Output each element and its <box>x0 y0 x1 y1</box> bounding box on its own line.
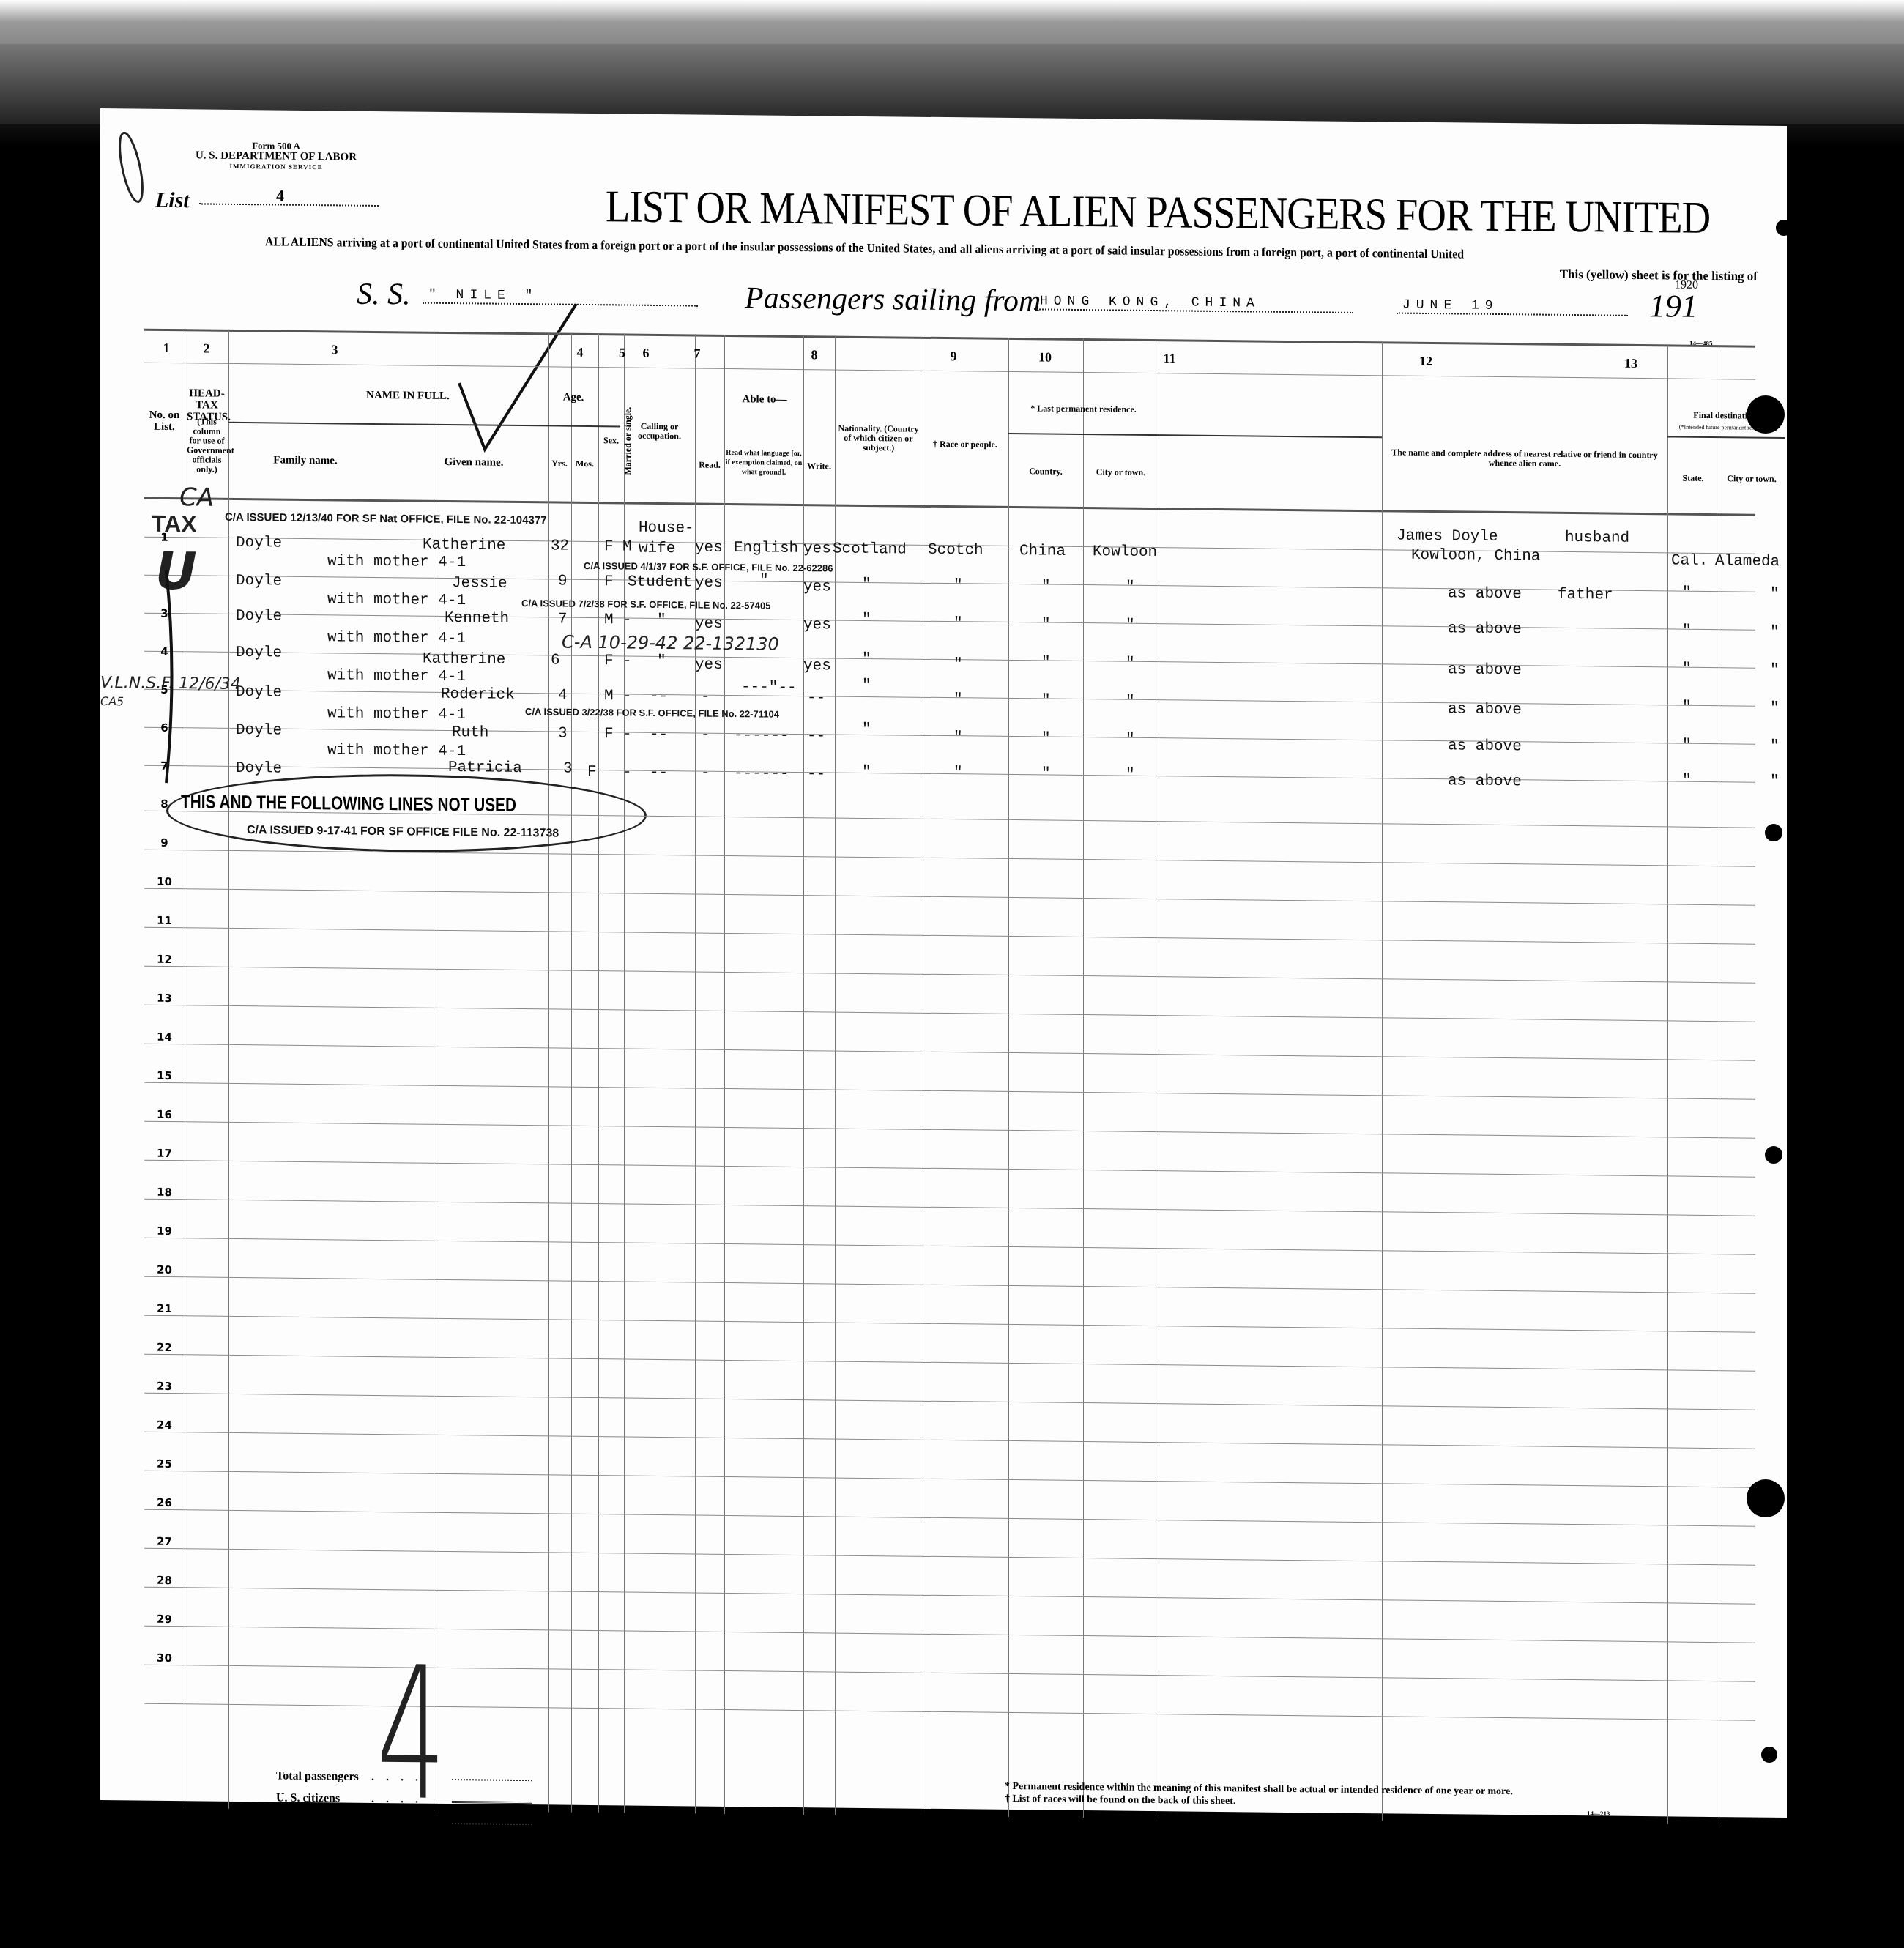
col-number: 7 <box>686 346 708 361</box>
relation: husband <box>1565 529 1629 547</box>
write: -- <box>807 766 825 783</box>
city: " <box>1126 579 1135 596</box>
dest-state: " <box>1682 623 1692 640</box>
row-number: 19 <box>144 1224 185 1238</box>
dest-city: " <box>1770 773 1780 790</box>
relative-name: as above <box>1448 737 1522 755</box>
marital-status: - <box>622 726 632 743</box>
row-note: with mother 4-1 <box>327 705 466 724</box>
col-number: 9 <box>942 349 964 364</box>
col-number: 3 <box>320 342 349 357</box>
write: yes <box>803 540 831 557</box>
rule <box>144 1587 1755 1605</box>
row-number: 25 <box>144 1457 185 1471</box>
year-written: 1920 <box>1675 279 1698 292</box>
row-note: with mother 4-1 <box>327 553 466 571</box>
row-note: with mother 4-1 <box>327 591 466 609</box>
col-divider <box>548 332 549 1812</box>
given-name: Jessie <box>452 575 507 592</box>
country: China <box>1019 543 1066 560</box>
family-name: Doyle <box>236 722 282 740</box>
write: -- <box>807 690 825 707</box>
manifest-sheet: Form 500 A U. S. DEPARTMENT OF LABOR IMM… <box>100 108 1787 1818</box>
row-number: 23 <box>144 1380 185 1394</box>
header-head-tax-note: (This column for use of Government offic… <box>187 417 227 475</box>
read: - <box>701 689 710 706</box>
dest-city: " <box>1770 662 1780 679</box>
col-number: 5 <box>613 345 631 360</box>
form-code-bottom: 14—213 <box>1587 1810 1610 1817</box>
leader-dots: . . . . <box>371 1810 445 1833</box>
age-yrs: 32 <box>551 538 569 554</box>
relative-name: as above <box>1448 620 1522 638</box>
header-name-in-full: NAME IN FULL. <box>320 389 496 403</box>
row-number: 27 <box>144 1535 185 1549</box>
country: " <box>1041 730 1051 747</box>
col-divider <box>724 335 725 1814</box>
read: yes <box>695 616 723 633</box>
country: " <box>1041 692 1051 709</box>
row-number: 22 <box>144 1341 185 1355</box>
nationality: Scotland <box>833 540 907 558</box>
col-number: 4 <box>569 345 591 360</box>
nationality: " <box>862 764 871 781</box>
relative-name: as above <box>1448 661 1522 679</box>
col-number: 11 <box>1155 351 1184 366</box>
col-number: 1 <box>155 341 177 356</box>
punch-hole-icon <box>1765 824 1782 841</box>
col-divider <box>1667 344 1668 1824</box>
dest-city: " <box>1770 624 1780 641</box>
relation: father <box>1558 587 1613 604</box>
relative-name: as above <box>1448 585 1522 603</box>
rule <box>144 966 1755 984</box>
dest-state: Cal. <box>1671 552 1708 570</box>
footnotes: * Permanent residence within the meaning… <box>1005 1780 1513 1810</box>
read: yes <box>695 657 723 674</box>
row-number: 24 <box>144 1419 185 1432</box>
occupation: Student <box>628 574 692 592</box>
col-number: 10 <box>1030 349 1060 365</box>
header-mos: Mos. <box>571 459 598 469</box>
family-name: Doyle <box>236 608 282 625</box>
marital-status: - <box>622 653 632 669</box>
header-family-name: Family name. <box>239 454 371 467</box>
sex: F <box>604 653 614 669</box>
list-line <box>199 203 379 207</box>
nationality: " <box>862 611 871 628</box>
read: yes <box>695 575 723 592</box>
city: " <box>1126 694 1135 710</box>
family-name: Doyle <box>236 573 282 590</box>
ca-stamp-1: C/A ISSUED 12/13/40 FOR SF Nat OFFICE, F… <box>225 511 547 527</box>
sailing-label: Passengers sailing from <box>745 280 1041 319</box>
given-name: Katherine <box>423 537 505 554</box>
ca5-annotation: CA5 <box>100 694 124 708</box>
col-divider <box>571 333 572 1813</box>
header-last-residence: * Last permanent residence. <box>1008 404 1159 414</box>
city: " <box>1126 655 1135 672</box>
bracket-pen-mark-icon <box>159 563 188 790</box>
city: " <box>1126 617 1135 634</box>
relative-name: as above <box>1448 773 1522 790</box>
header-able-to: Able to— <box>695 393 834 406</box>
relative-name: James Doyle <box>1397 528 1498 546</box>
aliens-row: Aliens . . . . <box>276 1810 532 1834</box>
rule <box>144 1315 1755 1333</box>
rule <box>144 1509 1755 1527</box>
header-no-on-list: No. on List. <box>144 409 185 434</box>
rule <box>144 1044 1755 1061</box>
port-field: HONG KONG, CHINA <box>1034 294 1353 313</box>
col-divider <box>1008 338 1009 1817</box>
nationality: " <box>862 576 871 593</box>
country: " <box>1041 765 1051 782</box>
ca-stamp-2: C/A ISSUED 4/1/37 FOR S.F. OFFICE, FILE … <box>584 560 833 574</box>
row-number: 14 <box>144 1030 185 1044</box>
language: English <box>734 540 798 557</box>
language: " <box>759 572 769 589</box>
us-citizens-label: U. S. citizens <box>276 1788 364 1810</box>
row-note: with mother 4-1 <box>327 629 466 647</box>
occupation: -- <box>650 688 668 705</box>
age-yrs: 6 <box>551 652 560 669</box>
given-name: Kenneth <box>445 610 509 628</box>
given-name: Katherine <box>423 651 505 669</box>
punch-hole-icon <box>1776 220 1792 236</box>
form-identifier: Form 500 A U. S. DEPARTMENT OF LABOR IMM… <box>196 140 357 172</box>
row-number: 28 <box>144 1574 185 1588</box>
header-read: Read. <box>695 461 724 470</box>
row-number: 13 <box>144 992 185 1005</box>
occupation: -- <box>650 765 668 781</box>
rule <box>144 1393 1755 1410</box>
read: - <box>701 727 710 744</box>
row-number: 20 <box>144 1263 185 1277</box>
row-number: 8 <box>144 798 185 811</box>
header-married: Married or single. <box>623 404 633 477</box>
race: " <box>953 615 963 632</box>
city: " <box>1126 732 1135 748</box>
sex: F <box>604 726 614 743</box>
row-number: 30 <box>144 1651 185 1665</box>
nationality: " <box>862 721 871 738</box>
list-label: List <box>155 188 190 213</box>
row-number: 26 <box>144 1496 185 1510</box>
punch-hole-icon <box>1765 1146 1782 1164</box>
marital-status: - <box>622 688 632 705</box>
row-number: 11 <box>144 914 185 928</box>
rule <box>144 1005 1755 1022</box>
sex: F <box>587 764 597 781</box>
row-number: 21 <box>144 1302 185 1316</box>
occupation: " <box>657 612 666 629</box>
list-number: 4 <box>276 187 284 206</box>
punch-hole-icon <box>1747 1479 1785 1517</box>
sailing-date: JUNE 19 <box>1397 298 1628 316</box>
header-age: Age. <box>548 391 598 404</box>
relative-name: as above <box>1448 701 1522 718</box>
rule <box>144 1199 1755 1216</box>
row-note: with mother 4-1 <box>327 667 466 685</box>
col-divider <box>228 330 229 1809</box>
age-yrs: 7 <box>558 611 568 628</box>
rule <box>144 888 1755 906</box>
rule <box>144 850 1755 867</box>
nationality: " <box>862 651 871 668</box>
rule <box>1008 433 1382 438</box>
punch-hole-icon <box>1761 1747 1777 1763</box>
us-citizens-blank <box>452 1789 532 1804</box>
header-country: Country. <box>1008 466 1083 477</box>
total-passengers-blank <box>452 1767 532 1781</box>
sex: F <box>604 573 614 590</box>
rule <box>144 1548 1755 1566</box>
rule <box>1667 436 1785 439</box>
header-dest-city: City or town. <box>1719 474 1785 484</box>
age-yrs: 3 <box>563 761 573 778</box>
header-yrs: Yrs. <box>548 458 570 468</box>
race: " <box>953 729 963 746</box>
col-number: 2 <box>192 341 221 356</box>
row-number: 15 <box>144 1069 185 1083</box>
given-name: Roderick <box>441 686 515 704</box>
race: " <box>953 656 963 673</box>
rule <box>144 1354 1755 1372</box>
race: Scotch <box>928 542 983 560</box>
write: yes <box>803 658 831 674</box>
tax-stamp: TAX <box>152 510 197 538</box>
dest-state: " <box>1682 699 1692 716</box>
row-number: 29 <box>144 1613 185 1627</box>
header-city: City or town. <box>1083 467 1159 477</box>
dest-state: " <box>1682 737 1692 754</box>
aliens-blank <box>452 1811 532 1825</box>
ca-handwritten-mark: CA <box>179 483 214 512</box>
totals-block: Total passengers . . . . U. S. citizens … <box>276 1766 532 1834</box>
dest-city: Alameda <box>1715 553 1780 570</box>
row-number: 18 <box>144 1186 185 1200</box>
total-passengers-row: Total passengers . . . . <box>276 1766 532 1791</box>
age-yrs: 9 <box>558 573 568 590</box>
us-citizens-row: U. S. citizens . . . . <box>276 1788 532 1813</box>
ca-handwritten-4: C-A 10-29-42 22-132130 <box>562 632 779 655</box>
header-given-name: Given name. <box>408 456 540 469</box>
col-number: 12 <box>1411 354 1440 369</box>
read: yes <box>695 540 723 557</box>
dest-state: " <box>1682 773 1692 789</box>
rule <box>144 1238 1755 1255</box>
marital-status: - <box>622 764 632 781</box>
write: yes <box>803 579 831 595</box>
family-name: Doyle <box>236 644 282 662</box>
given-name: Ruth <box>452 724 488 742</box>
rule <box>144 1276 1755 1294</box>
family-name: Doyle <box>236 760 282 778</box>
header-nationality: Nationality. (Country of which citizen o… <box>836 424 921 453</box>
rule <box>144 1160 1755 1178</box>
oval-pen-mark-icon <box>115 127 152 208</box>
sex: M <box>604 611 614 628</box>
nationality: " <box>862 677 871 694</box>
ca-stamp-3: C/A ISSUED 7/2/38 FOR S.F. OFFICE, FILE … <box>521 598 771 611</box>
subtitle-2: This (yellow) sheet is for the listing o… <box>1560 267 1758 284</box>
header-read-language: Read what language [or, if exemption cla… <box>724 448 803 477</box>
age-yrs: 4 <box>558 688 568 705</box>
rule <box>144 1471 1755 1488</box>
dest-state: " <box>1682 585 1692 602</box>
row-number: 9 <box>144 836 185 850</box>
age-yrs: 3 <box>558 726 568 743</box>
leader-dots: . . . . <box>371 1766 445 1789</box>
header-relative: The name and complete address of nearest… <box>1389 447 1660 469</box>
rule <box>144 1082 1755 1100</box>
dest-city: " <box>1770 700 1780 717</box>
sex: F <box>604 538 614 555</box>
row-note: with mother 4-1 <box>327 742 466 760</box>
occupation: House- wife <box>639 518 690 560</box>
country: " <box>1041 654 1051 671</box>
rule <box>144 1121 1755 1139</box>
sex: M <box>604 688 614 705</box>
col-divider <box>1382 341 1383 1821</box>
rule <box>144 1432 1755 1449</box>
city: " <box>1126 767 1135 784</box>
page-title: LIST OR MANIFEST OF ALIEN PASSENGERS FOR… <box>606 181 1710 245</box>
marital-status: M <box>622 538 632 555</box>
ca-stamp-5: C/A ISSUED 3/22/38 FOR S.F. OFFICE, FILE… <box>525 706 779 720</box>
header-sex: Sex. <box>598 436 624 445</box>
marital-status: - <box>622 611 632 628</box>
col-number: 13 <box>1616 356 1645 371</box>
relative-address: Kowloon, China <box>1411 547 1540 565</box>
year-printed: 191 <box>1649 287 1697 325</box>
department: U. S. DEPARTMENT OF LABOR <box>196 150 357 162</box>
write: yes <box>803 617 831 633</box>
race: " <box>953 765 963 781</box>
header-calling: Calling or occupation. <box>624 421 695 441</box>
family-name: Doyle <box>236 684 282 702</box>
col-number: 6 <box>635 346 657 361</box>
country: " <box>1041 616 1051 633</box>
language: ------ <box>734 765 789 783</box>
header-state: State. <box>1667 473 1719 483</box>
dest-state: " <box>1682 661 1692 678</box>
row-number: 17 <box>144 1147 185 1161</box>
family-name: Doyle <box>236 535 282 552</box>
rule <box>144 927 1755 945</box>
row-number: 16 <box>144 1108 185 1122</box>
occupation: -- <box>650 726 668 743</box>
race: " <box>953 577 963 594</box>
language: ---"-- <box>741 679 797 696</box>
dest-city: " <box>1770 738 1780 755</box>
write: -- <box>807 728 825 745</box>
punch-hole-icon <box>1747 395 1785 434</box>
header-write: Write. <box>803 461 835 471</box>
given-name: Patricia <box>448 759 522 777</box>
race: " <box>953 691 963 708</box>
read: - <box>701 765 710 782</box>
row-number: 12 <box>144 953 185 967</box>
date-field: JUNE 19 <box>1397 298 1628 316</box>
occupation: " <box>657 653 666 670</box>
header-race: † Race or people. <box>922 439 1008 450</box>
col-number: 8 <box>803 347 825 363</box>
total-passengers-label: Total passengers <box>276 1766 364 1788</box>
language: ------ <box>734 727 789 745</box>
leader-dots: . . . . <box>371 1788 445 1811</box>
city: Kowloon <box>1093 543 1157 561</box>
row-number: 10 <box>144 875 185 889</box>
dest-city: " <box>1770 586 1780 603</box>
port: HONG KONG, CHINA <box>1034 294 1353 313</box>
country: " <box>1041 578 1051 595</box>
aliens-label: Aliens <box>276 1810 364 1832</box>
